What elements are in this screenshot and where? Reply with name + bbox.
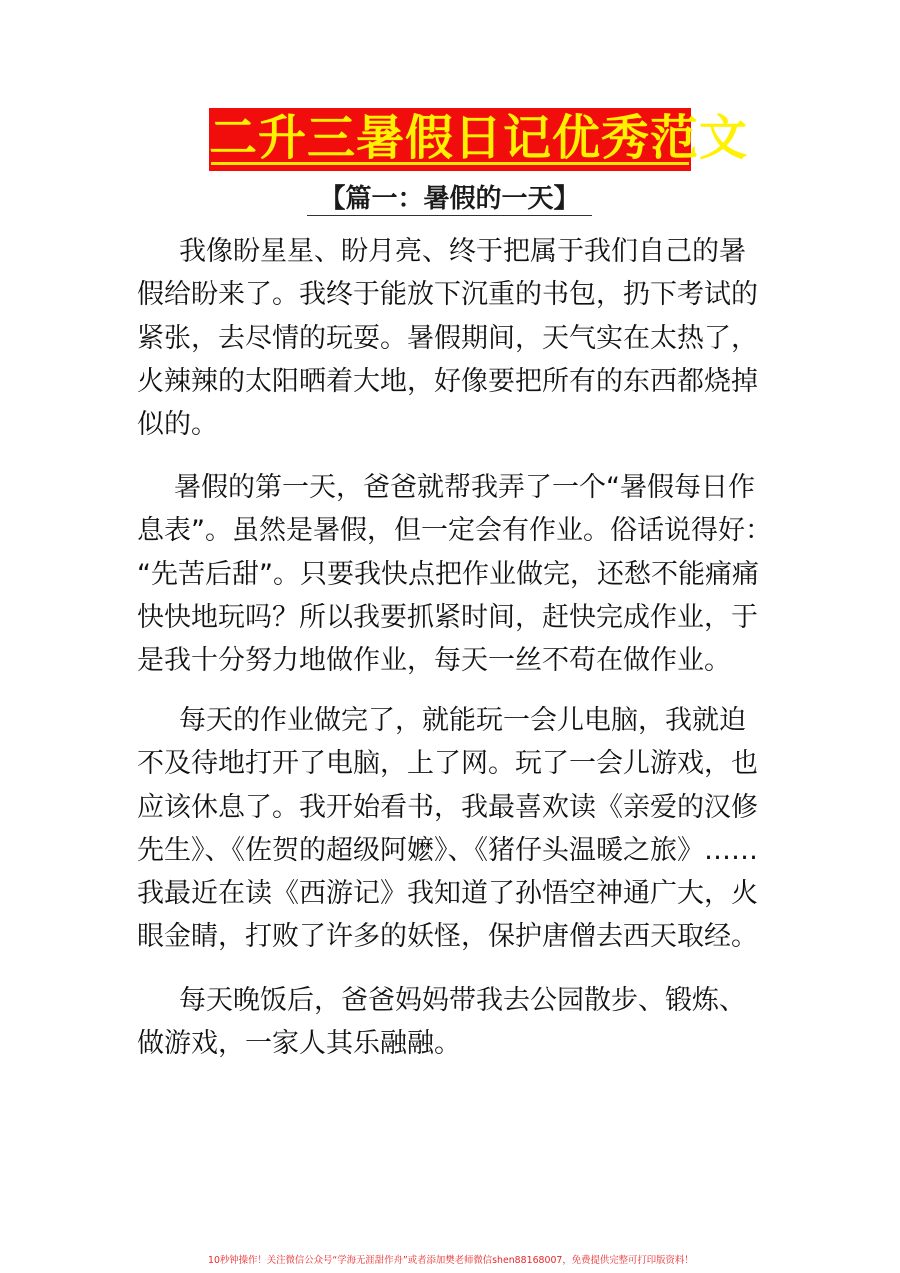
footer-notice: 10秒钟操作！关注微信公众号“学海无涯甜作舟”或者添加樊老师微信shen8816… [208, 1254, 692, 1268]
paragraph-line: “先苦后甜”。只要我快点把作业做完，还愁不能痛痛 [137, 553, 767, 596]
paragraph-line: 快快地玩吗？所以我要抓紧时间，赶快完成作业，于 [137, 596, 767, 639]
paragraph-2: 暑假的第一天，爸爸就帮我弄了一个“暑假每日作 息表”。虽然是暑假，但一定会有作业… [137, 466, 767, 682]
paragraph-line: 息表”。虽然是暑假，但一定会有作业。俗话说得好： [137, 509, 767, 552]
paragraph-line: 是我十分努力地做作业，每天一丝不苟在做作业。 [137, 639, 767, 682]
section-subtitle: 【篇一：暑假的一天】 [307, 184, 592, 216]
paragraph-line: 紧张，去尽情的玩耍。暑假期间，天气实在太热了， [137, 317, 767, 360]
paragraph-line: 每天的作业做完了，就能玩一会儿电脑，我就迫 [137, 699, 767, 742]
paragraph-1: 我像盼星星、盼月亮、终于把属于我们自己的暑 假给盼来了。我终于能放下沉重的书包，… [137, 230, 767, 446]
paragraph-line: 似的。 [137, 403, 767, 446]
paragraph-line: 暑假的第一天，爸爸就帮我弄了一个“暑假每日作 [137, 466, 767, 509]
paragraph-line: 我最近在读《西游记》我知道了孙悟空神通广大，火 [137, 872, 767, 915]
paragraph-line: 每天晚饭后，爸爸妈妈带我去公园散步、锻炼、 [137, 979, 767, 1022]
paragraph-line: 做游戏，一家人其乐融融。 [137, 1022, 767, 1065]
paragraph-line: 先生》、《佐贺的超级阿嬷》、《猪仔头温暖之旅》…… [137, 829, 767, 872]
paragraph-3: 每天的作业做完了，就能玩一会儿电脑，我就迫 不及待地打开了电脑，上了网。玩了一会… [137, 699, 767, 959]
title-underline [211, 162, 689, 165]
paragraph-line: 假给盼来了。我终于能放下沉重的书包，扔下考试的 [137, 273, 767, 316]
title-banner: 二升三暑假日记优秀范文 [209, 108, 691, 171]
paragraph-line: 眼金睛，打败了许多的妖怪，保护唐僧去西天取经。 [137, 915, 767, 958]
paragraph-line: 应该休息了。我开始看书，我最喜欢读《亲爱的汉修 [137, 786, 767, 829]
paragraph-line: 我像盼星星、盼月亮、终于把属于我们自己的暑 [137, 230, 767, 273]
document-title: 二升三暑假日记优秀范文 [209, 112, 691, 164]
paragraph-4: 每天晚饭后，爸爸妈妈带我去公园散步、锻炼、 做游戏，一家人其乐融融。 [137, 979, 767, 1066]
paragraph-line: 不及待地打开了电脑，上了网。玩了一会儿游戏，也 [137, 742, 767, 785]
paragraph-line: 火辣辣的太阳晒着大地，好像要把所有的东西都烧掉 [137, 360, 767, 403]
